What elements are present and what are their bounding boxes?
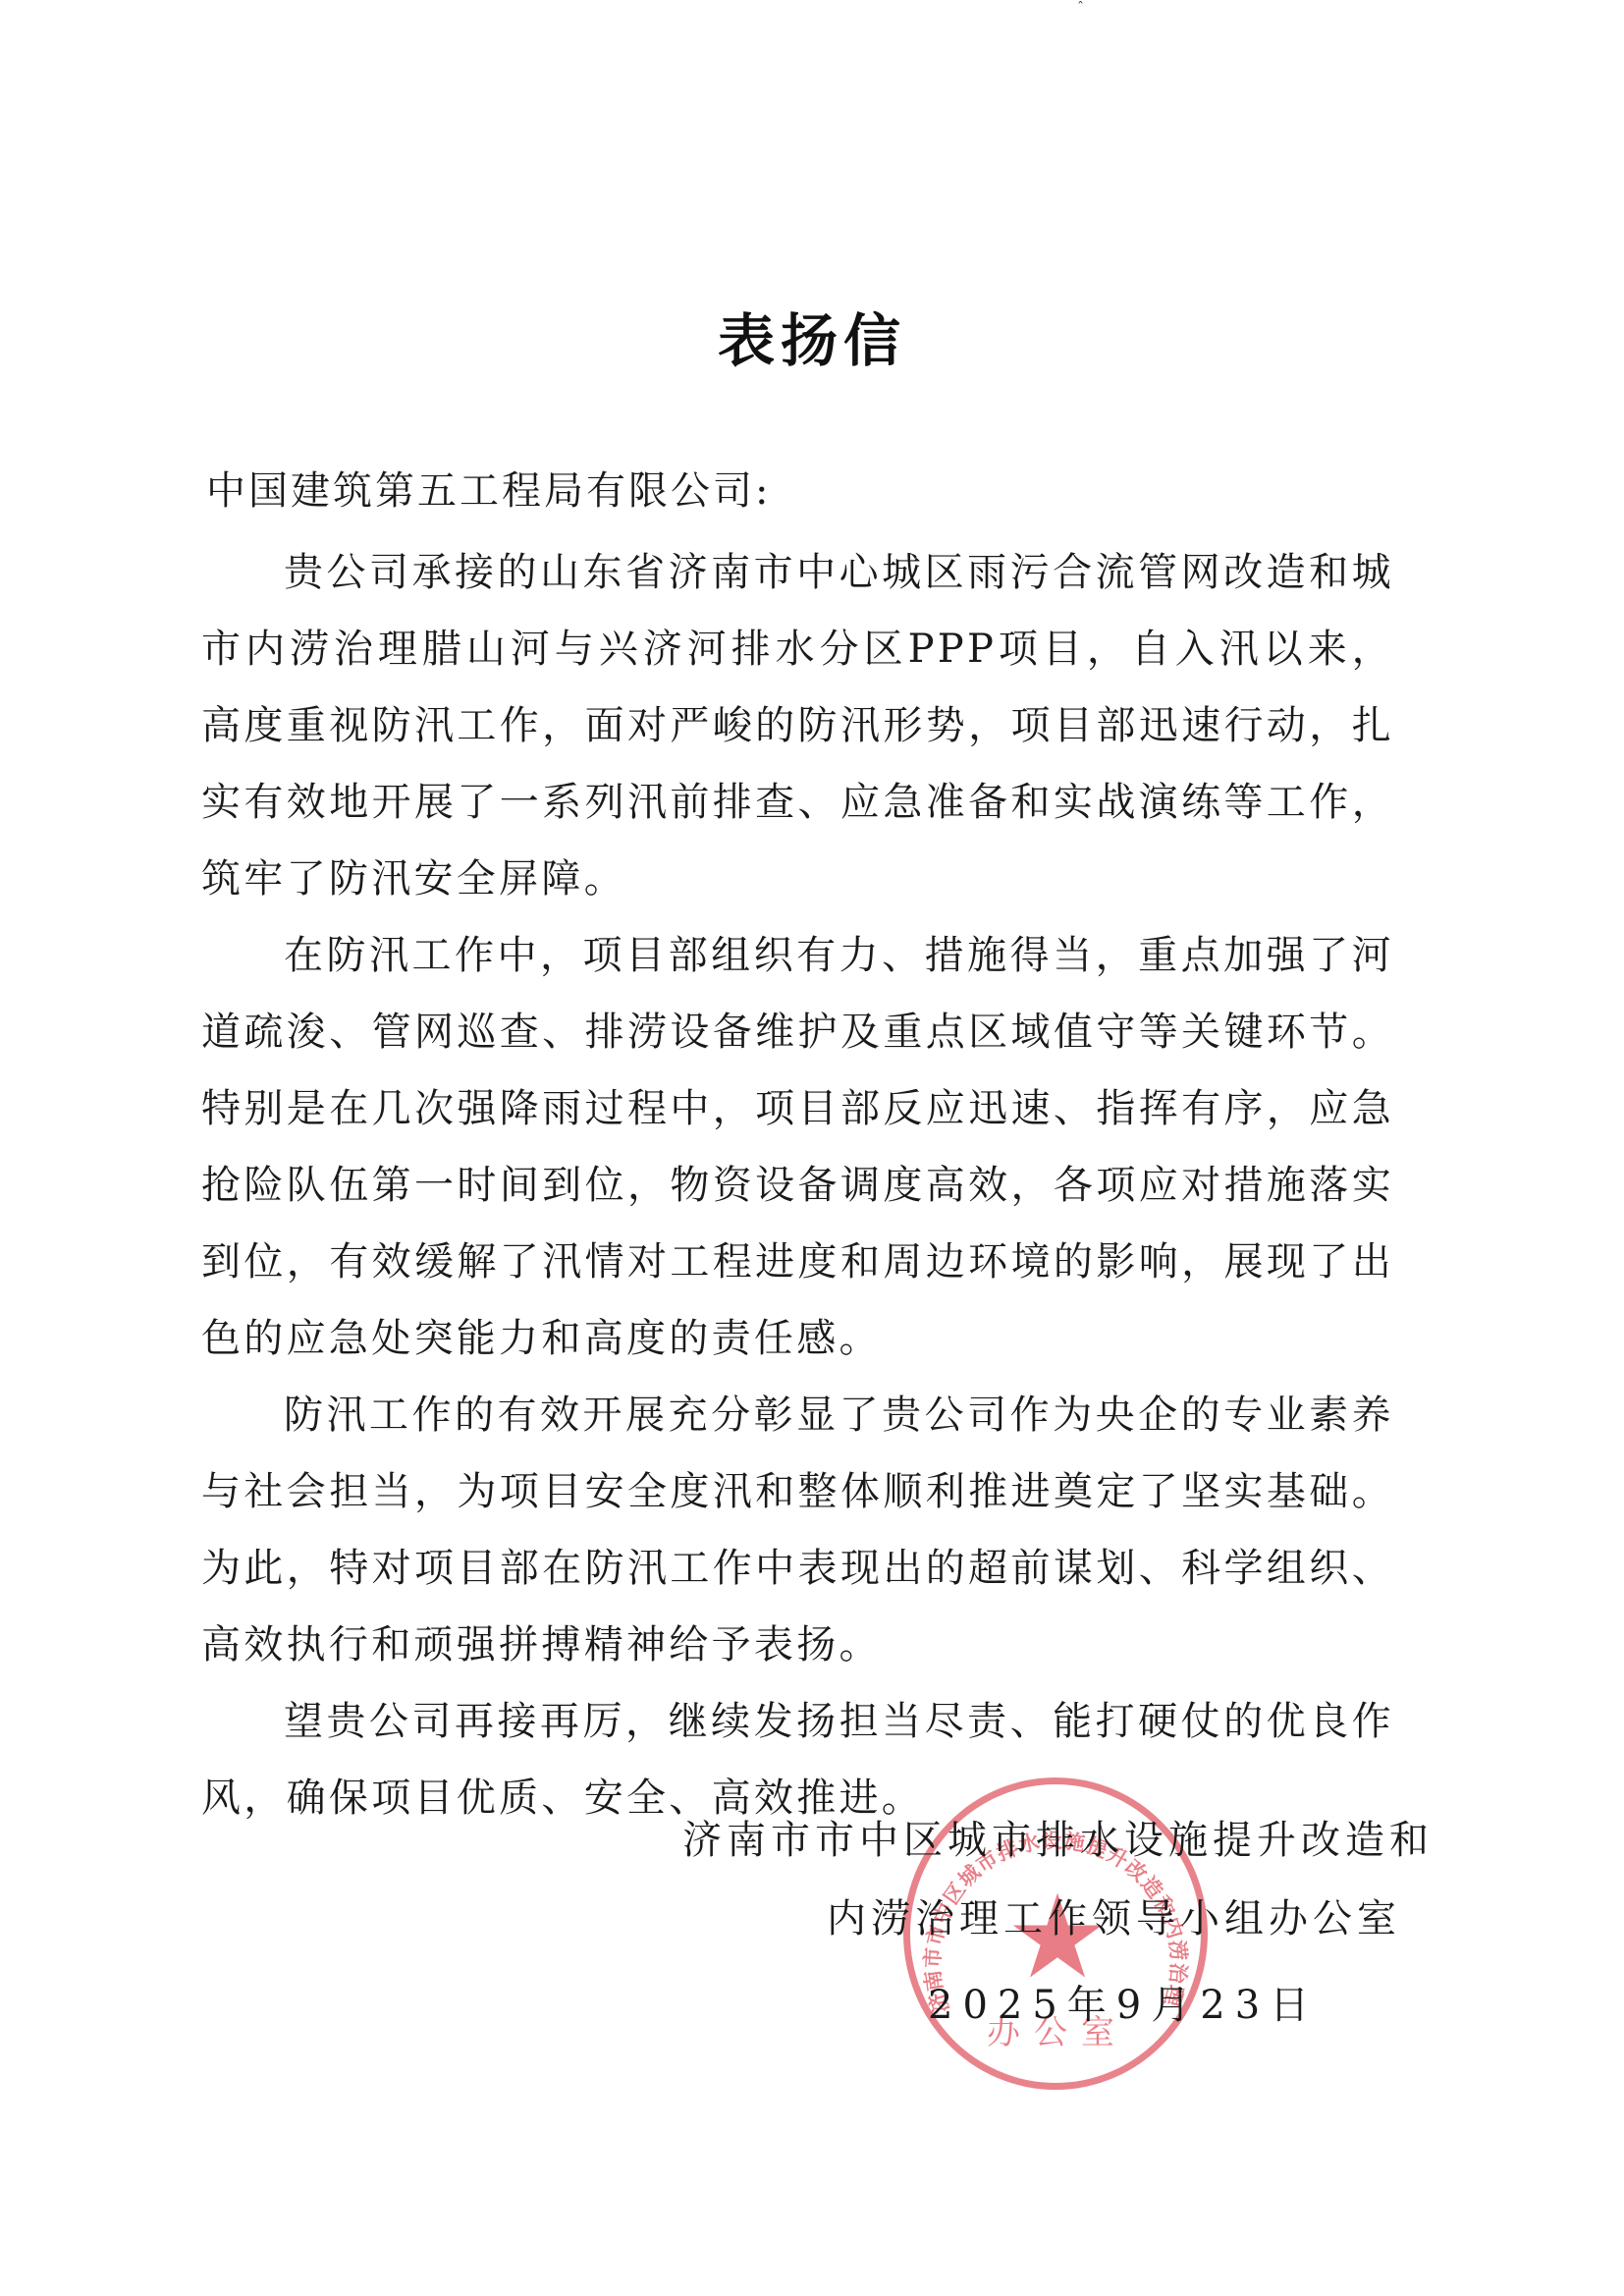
signature-date: 2025年9月23日 bbox=[928, 1974, 1319, 2030]
signature-line-1: 济南市市中区城市排水设施提升改造和 bbox=[682, 1809, 1434, 1865]
signature-line-2: 内涝治理工作领导小组办公室 bbox=[827, 1887, 1401, 1943]
letter-body: 贵公司承接的山东省济南市中心城区雨污合流管网改造和城市内涝治理腊山河与兴济河排水… bbox=[201, 534, 1394, 1836]
paragraph-2: 在防汛工作中，项目部组织有力、措施得当，重点加强了河道疏浚、管网巡查、排涝设备维… bbox=[201, 917, 1394, 1377]
letter-page: ˆ 表扬信 中国建筑第五工程局有限公司: 贵公司承接的山东省济南市中心城区雨污合… bbox=[0, 0, 1624, 2296]
scan-mark: ˆ bbox=[1077, 0, 1084, 16]
salutation: 中国建筑第五工程局有限公司: bbox=[206, 460, 771, 516]
document-title: 表扬信 bbox=[0, 295, 1624, 377]
paragraph-3: 防汛工作的有效开展充分彰显了贵公司作为央企的专业素养与社会担当，为项目安全度汛和… bbox=[201, 1377, 1394, 1683]
paragraph-1: 贵公司承接的山东省济南市中心城区雨污合流管网改造和城市内涝治理腊山河与兴济河排水… bbox=[201, 534, 1394, 917]
